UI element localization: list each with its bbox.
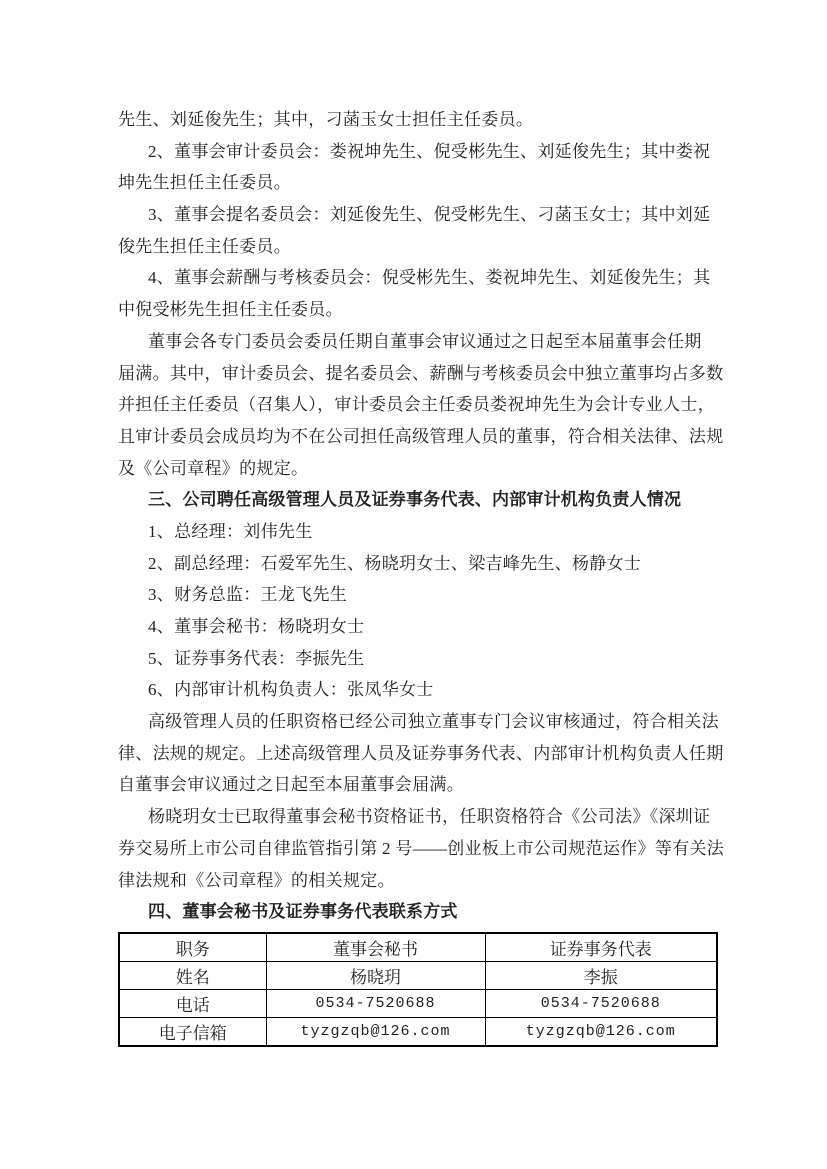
text-line: 先生、刘延俊先生；其中，刁菡玉女士担任主任委员。 — [118, 104, 718, 136]
text-line: 坤先生担任主任委员。 — [118, 167, 718, 199]
table-value-cell: 0534-7520688 — [266, 990, 485, 1018]
text-line: 3、董事会提名委员会：刘延俊先生、倪受彬先生、刁菡玉女士；其中刘延 — [118, 199, 718, 231]
table-label-cell: 职务 — [119, 933, 266, 962]
contact-table-body: 职务董事会秘书证券事务代表姓名杨晓玥李振电话0534-75206880534-7… — [119, 933, 717, 1046]
text-line: 律、法规的规定。上述高级管理人员及证券事务代表、内部审计机构负责人任期 — [118, 738, 718, 770]
text-line: 1、总经理：刘伟先生 — [118, 516, 718, 548]
text-line: 俊先生担任主任委员。 — [118, 231, 718, 263]
table-value-cell: 董事会秘书 — [266, 933, 485, 962]
section-heading-three: 三、公司聘任高级管理人员及证券事务代表、内部审计机构负责人情况 — [118, 484, 718, 516]
table-row: 姓名杨晓玥李振 — [119, 962, 717, 990]
table-value-cell: tyzgzqb@126.com — [485, 1018, 717, 1047]
table-value-cell: 李振 — [485, 962, 717, 990]
table-value-cell: 证券事务代表 — [485, 933, 717, 962]
document-page: 先生、刘延俊先生；其中，刁菡玉女士担任主任委员。2、董事会审计委员会：娄祝坤先生… — [0, 0, 827, 1169]
text-line: 4、董事会秘书：杨晓玥女士 — [118, 611, 718, 643]
contact-table: 职务董事会秘书证券事务代表姓名杨晓玥李振电话0534-75206880534-7… — [118, 932, 718, 1047]
table-label-cell: 电话 — [119, 990, 266, 1018]
text-line: 高级管理人员的任职资格已经公司独立董事专门会议审核通过，符合相关法 — [118, 706, 718, 738]
text-line: 4、董事会薪酬与考核委员会：倪受彬先生、娄祝坤先生、刘延俊先生；其 — [118, 262, 718, 294]
table-row: 电子信箱tyzgzqb@126.comtyzgzqb@126.com — [119, 1018, 717, 1047]
text-line: 且审计委员会成员均为不在公司担任高级管理人员的董事，符合相关法律、法规 — [118, 421, 718, 453]
text-line: 杨晓玥女士已取得董事会秘书资格证书，任职资格符合《公司法》《深圳证 — [118, 801, 718, 833]
section-heading-four: 四、董事会秘书及证券事务代表联系方式 — [118, 896, 718, 928]
table-value-cell: 杨晓玥 — [266, 962, 485, 990]
text-line: 5、证券事务代表：李振先生 — [118, 643, 718, 675]
text-line: 2、副总经理：石爱军先生、杨晓玥女士、梁吉峰先生、杨静女士 — [118, 548, 718, 580]
table-value-cell: tyzgzqb@126.com — [266, 1018, 485, 1047]
table-row: 电话0534-75206880534-7520688 — [119, 990, 717, 1018]
text-line: 2、董事会审计委员会：娄祝坤先生、倪受彬先生、刘延俊先生；其中娄祝 — [118, 136, 718, 168]
text-line: 券交易所上市公司自律监管指引第 2 号——创业板上市公司规范运作》等有关法 — [118, 833, 718, 865]
table-value-cell: 0534-7520688 — [485, 990, 717, 1018]
text-line: 6、内部审计机构负责人：张凤华女士 — [118, 674, 718, 706]
text-line: 并担任主任委员（召集人），审计委员会主任委员娄祝坤先生为会计专业人士， — [118, 389, 718, 421]
text-line: 律法规和《公司章程》的相关规定。 — [118, 865, 718, 897]
text-line: 自董事会审议通过之日起至本届董事会届满。 — [118, 769, 718, 801]
text-line: 3、财务总监：王龙飞先生 — [118, 579, 718, 611]
table-header-row: 职务董事会秘书证券事务代表 — [119, 933, 717, 962]
text-line: 董事会各专门委员会委员任期自董事会审议通过之日起至本届董事会任期 — [118, 326, 718, 358]
table-label-cell: 电子信箱 — [119, 1018, 266, 1047]
table-label-cell: 姓名 — [119, 962, 266, 990]
document-lines: 先生、刘延俊先生；其中，刁菡玉女士担任主任委员。2、董事会审计委员会：娄祝坤先生… — [118, 104, 718, 928]
text-line: 届满。其中，审计委员会、提名委员会、薪酬与考核委员会中独立董事均占多数 — [118, 358, 718, 390]
text-line: 中倪受彬先生担任主任委员。 — [118, 294, 718, 326]
text-line: 及《公司章程》的规定。 — [118, 453, 718, 485]
